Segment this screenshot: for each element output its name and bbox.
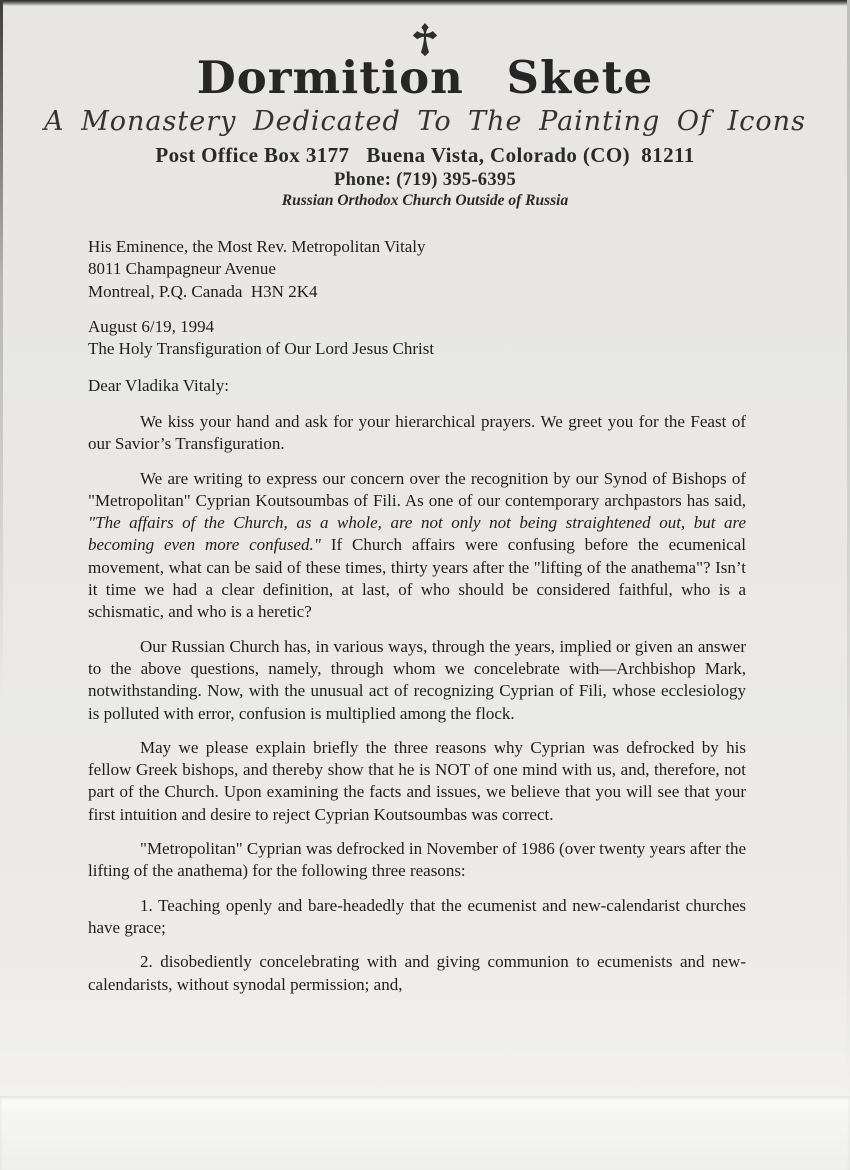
reason-2-item: 2. disobediently concelebrating with and… bbox=[88, 951, 746, 996]
concern-paragraph: We are writing to express our concern ov… bbox=[88, 468, 746, 624]
monastery-tagline: A Monastery Dedicated To The Painting Of… bbox=[0, 107, 850, 137]
letterhead-jurisdiction: Russian Orthodox Church Outside of Russi… bbox=[0, 191, 850, 210]
text-line: 8011 Champagneur Avenue bbox=[88, 258, 426, 280]
defrocked-paragraph: "Metropolitan" Cyprian was defrocked in … bbox=[88, 838, 746, 883]
scanned-letter-page: Dormition Skete A Monastery Dedicated To… bbox=[0, 0, 850, 1170]
text-line: August 6/19, 1994 bbox=[88, 316, 434, 338]
text-line: Montreal, P.Q. Canada H3N 2K4 bbox=[88, 281, 426, 303]
monastery-title: Dormition Skete bbox=[0, 54, 850, 102]
paragraph-text: May we please explain briefly the three … bbox=[88, 738, 746, 824]
three-reasons-intro-paragraph: May we please explain briefly the three … bbox=[88, 737, 746, 826]
text-line: The Holy Transfiguration of Our Lord Jes… bbox=[88, 338, 434, 360]
paragraph-text: 1. Teaching openly and bare-headedly tha… bbox=[88, 896, 746, 937]
paragraph-text: 2. disobediently concelebrating with and… bbox=[88, 952, 746, 993]
scan-edge-top bbox=[0, 0, 850, 6]
greeting-paragraph: We kiss your hand and ask for your hiera… bbox=[88, 411, 746, 456]
letter-body: We kiss your hand and ask for your hiera… bbox=[88, 411, 746, 1008]
dateline-block: August 6/19, 1994The Holy Transfiguratio… bbox=[88, 316, 434, 361]
paragraph-text: Our Russian Church has, in various ways,… bbox=[88, 637, 746, 723]
salutation: Dear Vladika Vitaly: bbox=[88, 375, 229, 397]
russian-church-paragraph: Our Russian Church has, in various ways,… bbox=[88, 636, 746, 725]
paragraph-text: We kiss your hand and ask for your hiera… bbox=[88, 412, 746, 453]
reason-1-item: 1. Teaching openly and bare-headedly tha… bbox=[88, 895, 746, 940]
paragraph-text: "Metropolitan" Cyprian was defrocked in … bbox=[88, 839, 746, 880]
paragraph-text: We are writing to express our concern ov… bbox=[88, 469, 746, 510]
scan-edge-left bbox=[0, 0, 3, 700]
scanner-background bbox=[0, 1096, 850, 1170]
letterhead-address: Post Office Box 3177 Buena Vista, Colora… bbox=[0, 143, 850, 167]
letter-paper: Dormition Skete A Monastery Dedicated To… bbox=[0, 0, 850, 1096]
recipient-address-block: His Eminence, the Most Rev. Metropolitan… bbox=[88, 236, 426, 303]
letterhead-phone: Phone: (719) 395-6395 bbox=[0, 169, 850, 191]
text-line: His Eminence, the Most Rev. Metropolitan… bbox=[88, 236, 426, 258]
